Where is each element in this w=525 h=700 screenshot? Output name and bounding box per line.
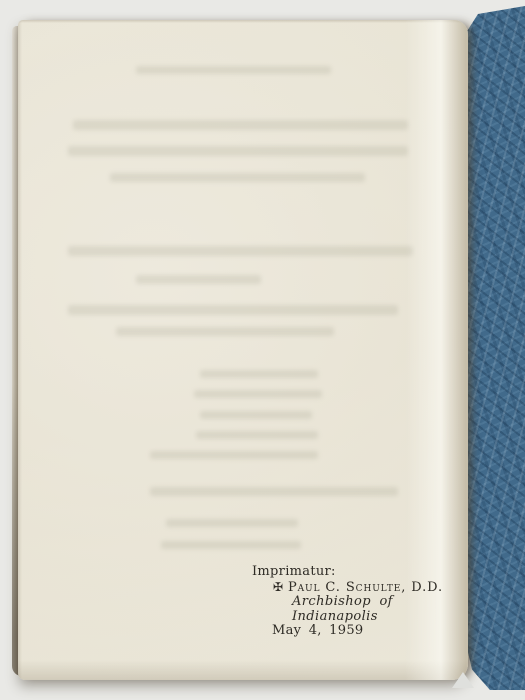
ghost-text-line xyxy=(150,451,318,459)
ghost-text-line xyxy=(110,173,365,182)
book-photo: Imprimatur: ✠Paul C. Schulte, D.D. Archb… xyxy=(0,0,525,700)
ghost-text-line xyxy=(200,370,318,378)
ghost-text-line xyxy=(166,519,298,527)
imprimatur-date: May 4, 1959 xyxy=(272,624,468,639)
ghost-text-line xyxy=(196,431,318,439)
book-page: Imprimatur: ✠Paul C. Schulte, D.D. Archb… xyxy=(18,20,468,680)
ghost-text-line xyxy=(68,146,408,156)
ghost-text-line xyxy=(73,120,408,130)
imprimatur-title: Archbishop of Indianapolis xyxy=(292,595,468,624)
imprimatur-block: Imprimatur: ✠Paul C. Schulte, D.D. Archb… xyxy=(252,565,468,639)
ghost-text-line xyxy=(136,66,331,74)
ghost-text-line xyxy=(161,541,301,549)
imprimatur-label: Imprimatur: xyxy=(252,565,468,580)
book-cover-blue-cloth xyxy=(464,6,525,690)
ghost-text-line xyxy=(200,411,312,419)
ghost-text-line xyxy=(68,305,398,315)
ghost-text-line xyxy=(136,275,261,284)
ghost-text-line xyxy=(194,390,322,398)
imprimatur-name-line: ✠Paul C. Schulte, D.D. xyxy=(273,580,468,596)
imprimatur-name: Paul C. Schulte, D.D. xyxy=(288,580,443,595)
maltese-cross-icon: ✠ xyxy=(273,580,284,594)
ghost-text-line xyxy=(68,246,413,256)
ghost-text-line xyxy=(150,487,398,496)
ghost-text-line xyxy=(116,327,334,336)
